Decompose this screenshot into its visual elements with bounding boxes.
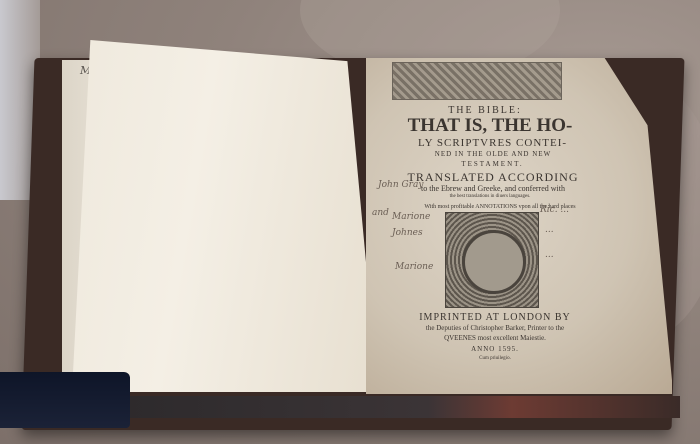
title-line: TESTAMENT. xyxy=(395,160,590,168)
blank-left-page xyxy=(72,40,378,392)
title-line: NED IN THE OLDE AND NEW xyxy=(398,150,588,158)
book-stand-wedge xyxy=(0,372,130,428)
handwritten-signature: Ric. ... xyxy=(540,205,569,215)
handwritten-signature: ... xyxy=(545,250,554,260)
imprint-year: ANNO 1595. xyxy=(440,345,550,353)
woodcut-oval-emblem xyxy=(462,230,526,294)
title-line: the best translations in diuers language… xyxy=(400,194,580,199)
handwritten-signature: Marione xyxy=(392,212,430,222)
headpiece-ornament xyxy=(392,62,562,100)
imprint-line: IMPRINTED AT LONDON BY xyxy=(395,312,595,323)
imprint-privilege: Cum priuilegio. xyxy=(445,356,545,361)
handwritten-signature: John Gray xyxy=(378,180,423,190)
title-line: LY SCRIPTVRES CONTEI- xyxy=(395,137,590,149)
imprint-line: QVEENES most excellent Maiestie. xyxy=(395,334,595,342)
handwritten-signature: ... xyxy=(545,225,554,235)
book-bottom-edge xyxy=(120,396,680,418)
photo-scene: Mr. THE BIBLE: THAT IS, THE HO- LY SCRIP… xyxy=(0,0,700,444)
handwritten-signature: Marione xyxy=(395,262,433,272)
imprint-line: the Deputies of Christopher Barker, Prin… xyxy=(395,324,595,332)
title-line: TRANSLATED ACCORDING xyxy=(398,170,588,185)
title-line: THAT IS, THE HO- xyxy=(390,115,590,137)
handwritten-signature: Johnes xyxy=(392,228,423,238)
title-line: to the Ebrew and Greeke, and conferred w… xyxy=(398,184,588,193)
handwritten-signature: and xyxy=(372,208,389,218)
